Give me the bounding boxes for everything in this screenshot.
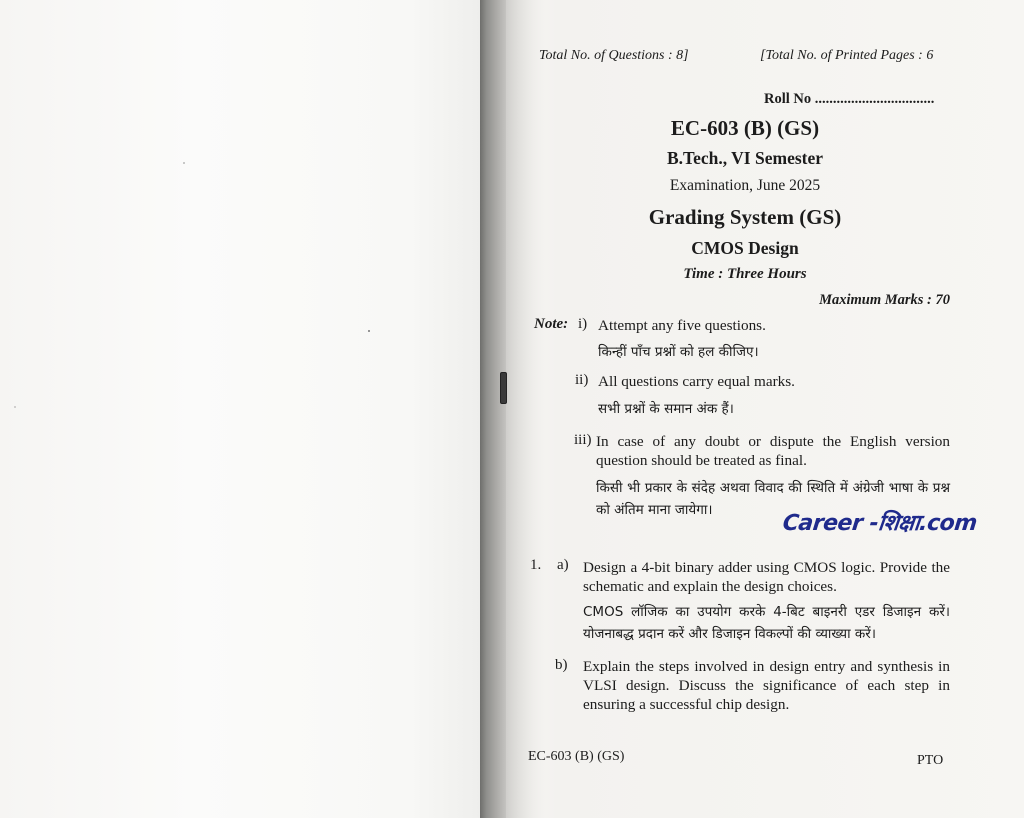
exam-duration: Time : Three Hours [540,266,950,283]
paper-speck [14,406,16,408]
note-label: Note: [534,316,568,333]
note-english: Attempt any five questions. [598,316,766,335]
question-part-label: b) [555,657,568,674]
course-name: B.Tech., VI Semester [540,148,950,169]
left-blank-page [0,0,482,818]
note-english: In case of any doubt or dispute the Engl… [596,432,950,470]
question-english: Explain the steps involved in design ent… [583,657,950,714]
question-hindi: CMOS लॉजिक का उपयोग करके 4-बिट बाइनरी एड… [583,601,950,645]
note-number: ii) [575,372,588,389]
grading-scheme: Grading System (GS) [540,205,950,230]
note-number: iii) [574,432,592,449]
note-english: All questions carry equal marks. [598,372,795,391]
watermark-text: Career -शिक्षा.com [781,507,978,537]
question-english: Design a 4-bit binary adder using CMOS l… [583,558,950,596]
paper-speck [368,330,370,332]
paper-code: EC-603 (B) (GS) [540,116,950,141]
question-part-label: a) [557,557,569,574]
maximum-marks: Maximum Marks : 70 [819,292,950,309]
question-number: 1. [530,557,541,574]
roll-no-field: Roll No ................................… [764,91,934,108]
examination-session: Examination, June 2025 [540,177,950,195]
footer-pto: PTO [917,753,943,769]
book-spine [480,0,506,818]
subject-title: CMOS Design [540,238,950,259]
total-pages: [Total No. of Printed Pages : 6 [760,48,933,64]
total-questions: Total No. of Questions : 8] [539,48,689,64]
paper-speck [183,162,185,164]
note-number: i) [578,316,587,333]
note-hindi: सभी प्रश्नों के समान अंक हैं। [598,398,734,420]
footer-paper-code: EC-603 (B) (GS) [528,749,624,765]
note-hindi: किन्हीं पाँच प्रश्नों को हल कीजिए। [598,341,759,363]
